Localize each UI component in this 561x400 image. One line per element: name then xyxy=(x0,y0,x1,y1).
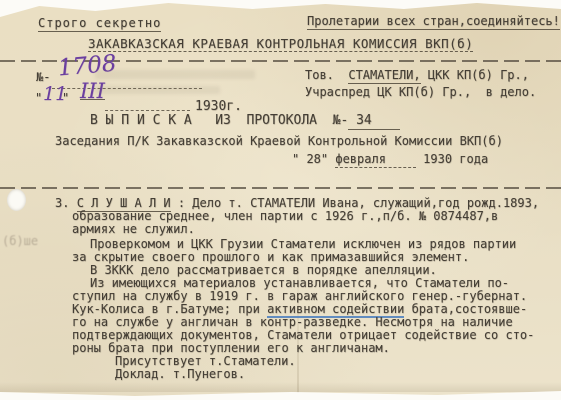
extract-date-tail: 1930 года xyxy=(416,152,488,166)
hole-punch xyxy=(7,189,26,211)
report-line: Доклад. т.Пунегов. xyxy=(115,368,245,381)
extract-date-month: февраля xyxy=(335,152,416,168)
body-line-text: : Дело т. СТАМАТЕЛИ Ивана, служащий,год … xyxy=(171,196,539,210)
document-paper: Строго секретно Пролетарии всех стран,со… xyxy=(0,0,561,400)
body-line-text: Кук-Колиса в г.Батуме; при xyxy=(72,302,267,316)
ref-day-quote-close: " xyxy=(62,92,69,105)
ref-date-underline xyxy=(105,110,190,111)
addressee-line1: Тов. СТАМАТЕЛИ, ЦКК КП(б) Гр., xyxy=(305,69,529,82)
org-title: ЗАКАВКАЗСКАЯ КРАЕВАЯ КОНТРОЛЬНАЯ КОМИССИ… xyxy=(88,37,473,52)
extract-date: " 28" февраля 1930 года xyxy=(292,153,488,166)
addressee-line2: Учраспред ЦК КП(б) Гр., в дело. xyxy=(305,86,536,99)
body-line: армиях не служил. xyxy=(72,223,195,236)
extract-title: В Ы П И С К А ИЗ ПРОТОКОЛА №- 34 xyxy=(90,114,400,127)
paper-bottom-edge xyxy=(0,382,561,392)
addressee-name: СТАМАТЕЛИ, xyxy=(348,68,420,84)
bleed-mark xyxy=(95,70,255,79)
body-line-text: брата,состоявше- xyxy=(404,302,527,316)
extract-date-day: " 28" xyxy=(292,152,335,166)
slogan: Пролетарии всех стран,соединяйтесь! xyxy=(307,15,560,30)
addressee-line1-post: ЦКК КП(б) Гр., xyxy=(421,68,529,82)
extract-title-main: В Ы П И С К А ИЗ ПРОТОКОЛА №- xyxy=(90,113,348,128)
ref-day-quote-open: " xyxy=(35,92,42,105)
separator-rule-middle xyxy=(0,187,561,189)
extract-subtitle: Заседания П/К Закавказской Краевой Контр… xyxy=(55,135,503,148)
ref-year: 1930г. xyxy=(195,100,242,113)
classification-label: Строго секретно xyxy=(38,17,161,32)
addressee-line1-pre: Тов. xyxy=(305,68,348,82)
bleed-mark xyxy=(95,86,220,94)
item-number: 3. xyxy=(55,196,77,210)
protocol-number: 34 xyxy=(348,113,399,130)
bleed-text: (б)ше xyxy=(2,234,38,248)
